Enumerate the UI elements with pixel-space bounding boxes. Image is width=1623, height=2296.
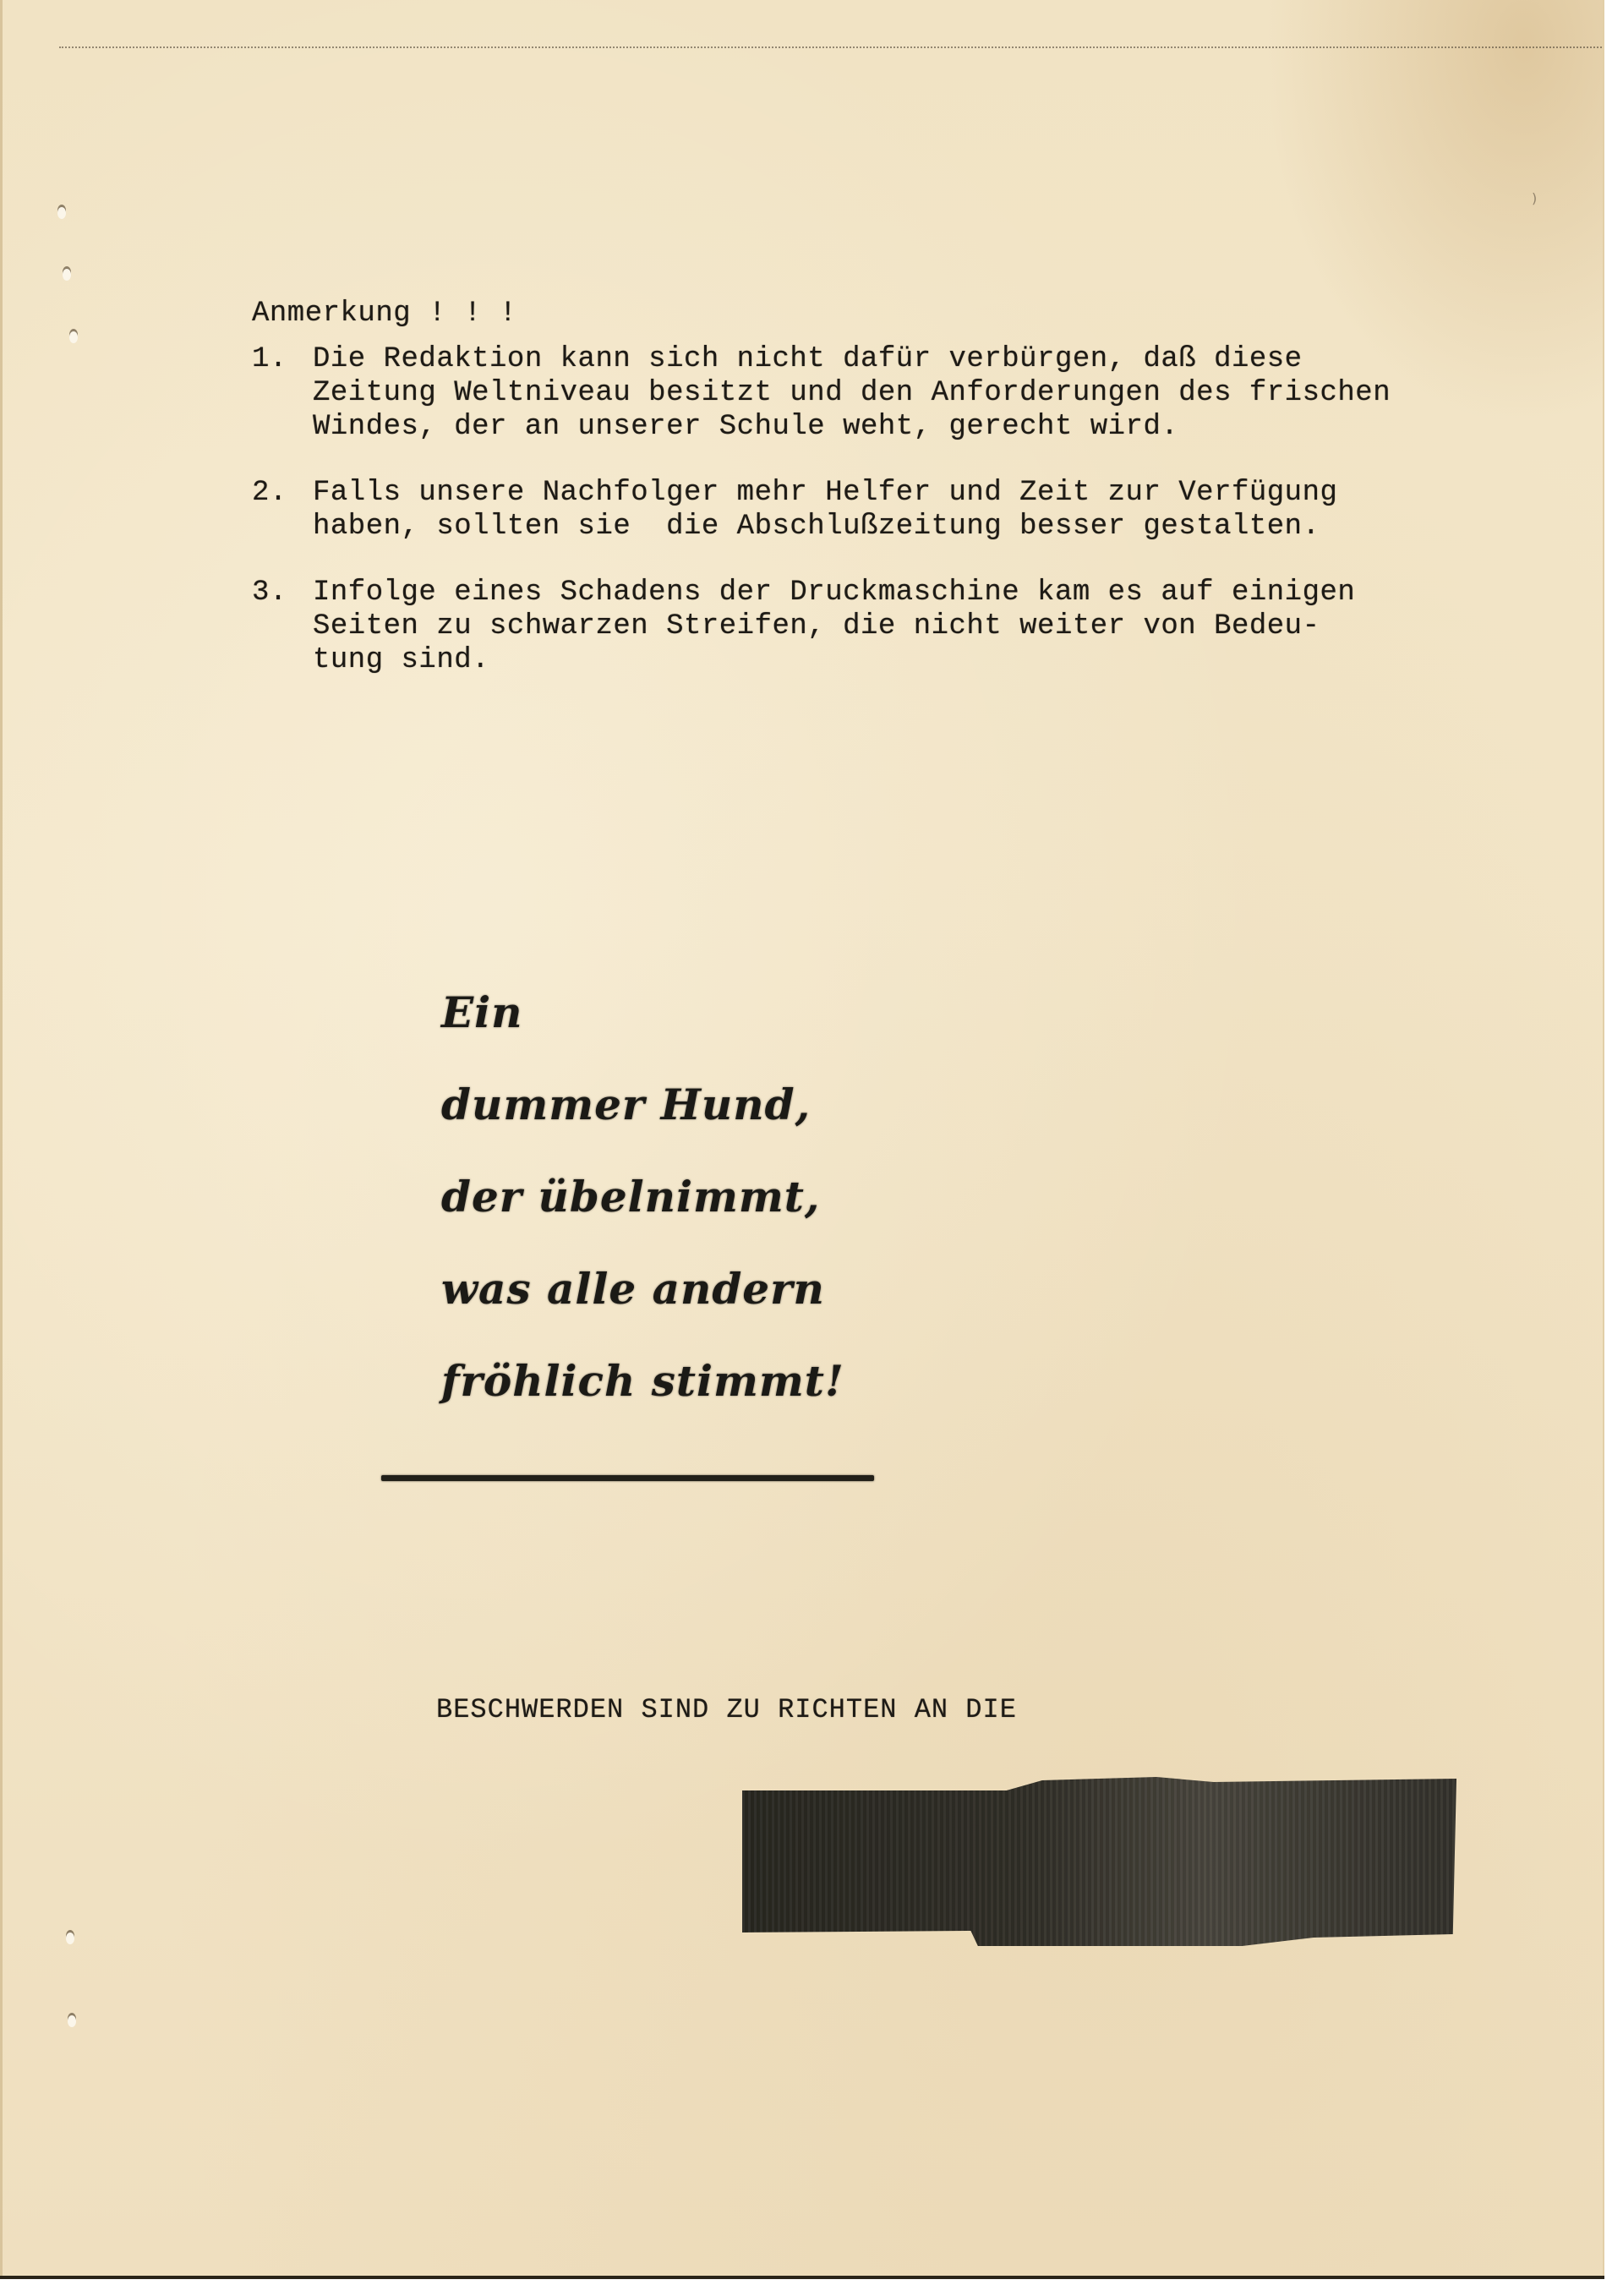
top-dotted-line: [59, 46, 1602, 48]
poem-line: der übelnimmt,: [441, 1172, 844, 1264]
note-line: Windes, der an unserer Schule weht, gere…: [313, 410, 1571, 444]
note-line: haben, sollten sie die Abschlußzeitung b…: [313, 510, 1571, 544]
note-line: Falls unsere Nachfolger mehr Helfer und …: [313, 476, 1571, 510]
note-number: 3.: [252, 576, 287, 610]
poem-line: Ein: [441, 987, 844, 1080]
poem-block: Ein dummer Hund, der übelnimmt, was alle…: [441, 987, 844, 1448]
note-heading: Anmerkung ! ! !: [252, 298, 517, 330]
note-line: Die Redaktion kann sich nicht dafür verb…: [313, 342, 1571, 376]
punch-hole-mark: [69, 331, 78, 343]
margin-mark: ): [1532, 190, 1537, 206]
note-line: Zeitung Weltniveau besitzt und den Anfor…: [313, 376, 1571, 410]
document-page: Anmerkung ! ! ! 1. Die Redaktion kann si…: [0, 0, 1604, 2279]
notes-list: 1. Die Redaktion kann sich nicht dafür v…: [252, 342, 1571, 709]
punch-hole-mark: [66, 1932, 74, 1944]
note-line: Seiten zu schwarzen Streifen, die nicht …: [313, 610, 1571, 643]
note-item: 2. Falls unsere Nachfolger mehr Helfer u…: [252, 476, 1571, 544]
note-number: 2.: [252, 476, 287, 510]
punch-hole-mark: [63, 269, 71, 281]
note-item: 1. Die Redaktion kann sich nicht dafür v…: [252, 342, 1571, 444]
punch-hole-mark: [68, 2015, 76, 2027]
horizontal-rule: [381, 1475, 874, 1481]
complaints-line: BESCHWERDEN SIND ZU RICHTEN AN DIE: [436, 1694, 1017, 1725]
poem-line: fröhlich stimmt!: [441, 1356, 844, 1448]
redaction-block: [742, 1777, 1456, 1946]
note-line: Infolge eines Schadens der Druckmaschine…: [313, 576, 1571, 610]
note-line: tung sind.: [313, 643, 1571, 677]
poem-line: was alle andern: [441, 1264, 844, 1356]
note-item: 3. Infolge eines Schadens der Druckmasch…: [252, 576, 1571, 677]
punch-hole-mark: [57, 207, 66, 219]
note-number: 1.: [252, 342, 287, 376]
poem-line: dummer Hund,: [441, 1080, 844, 1172]
